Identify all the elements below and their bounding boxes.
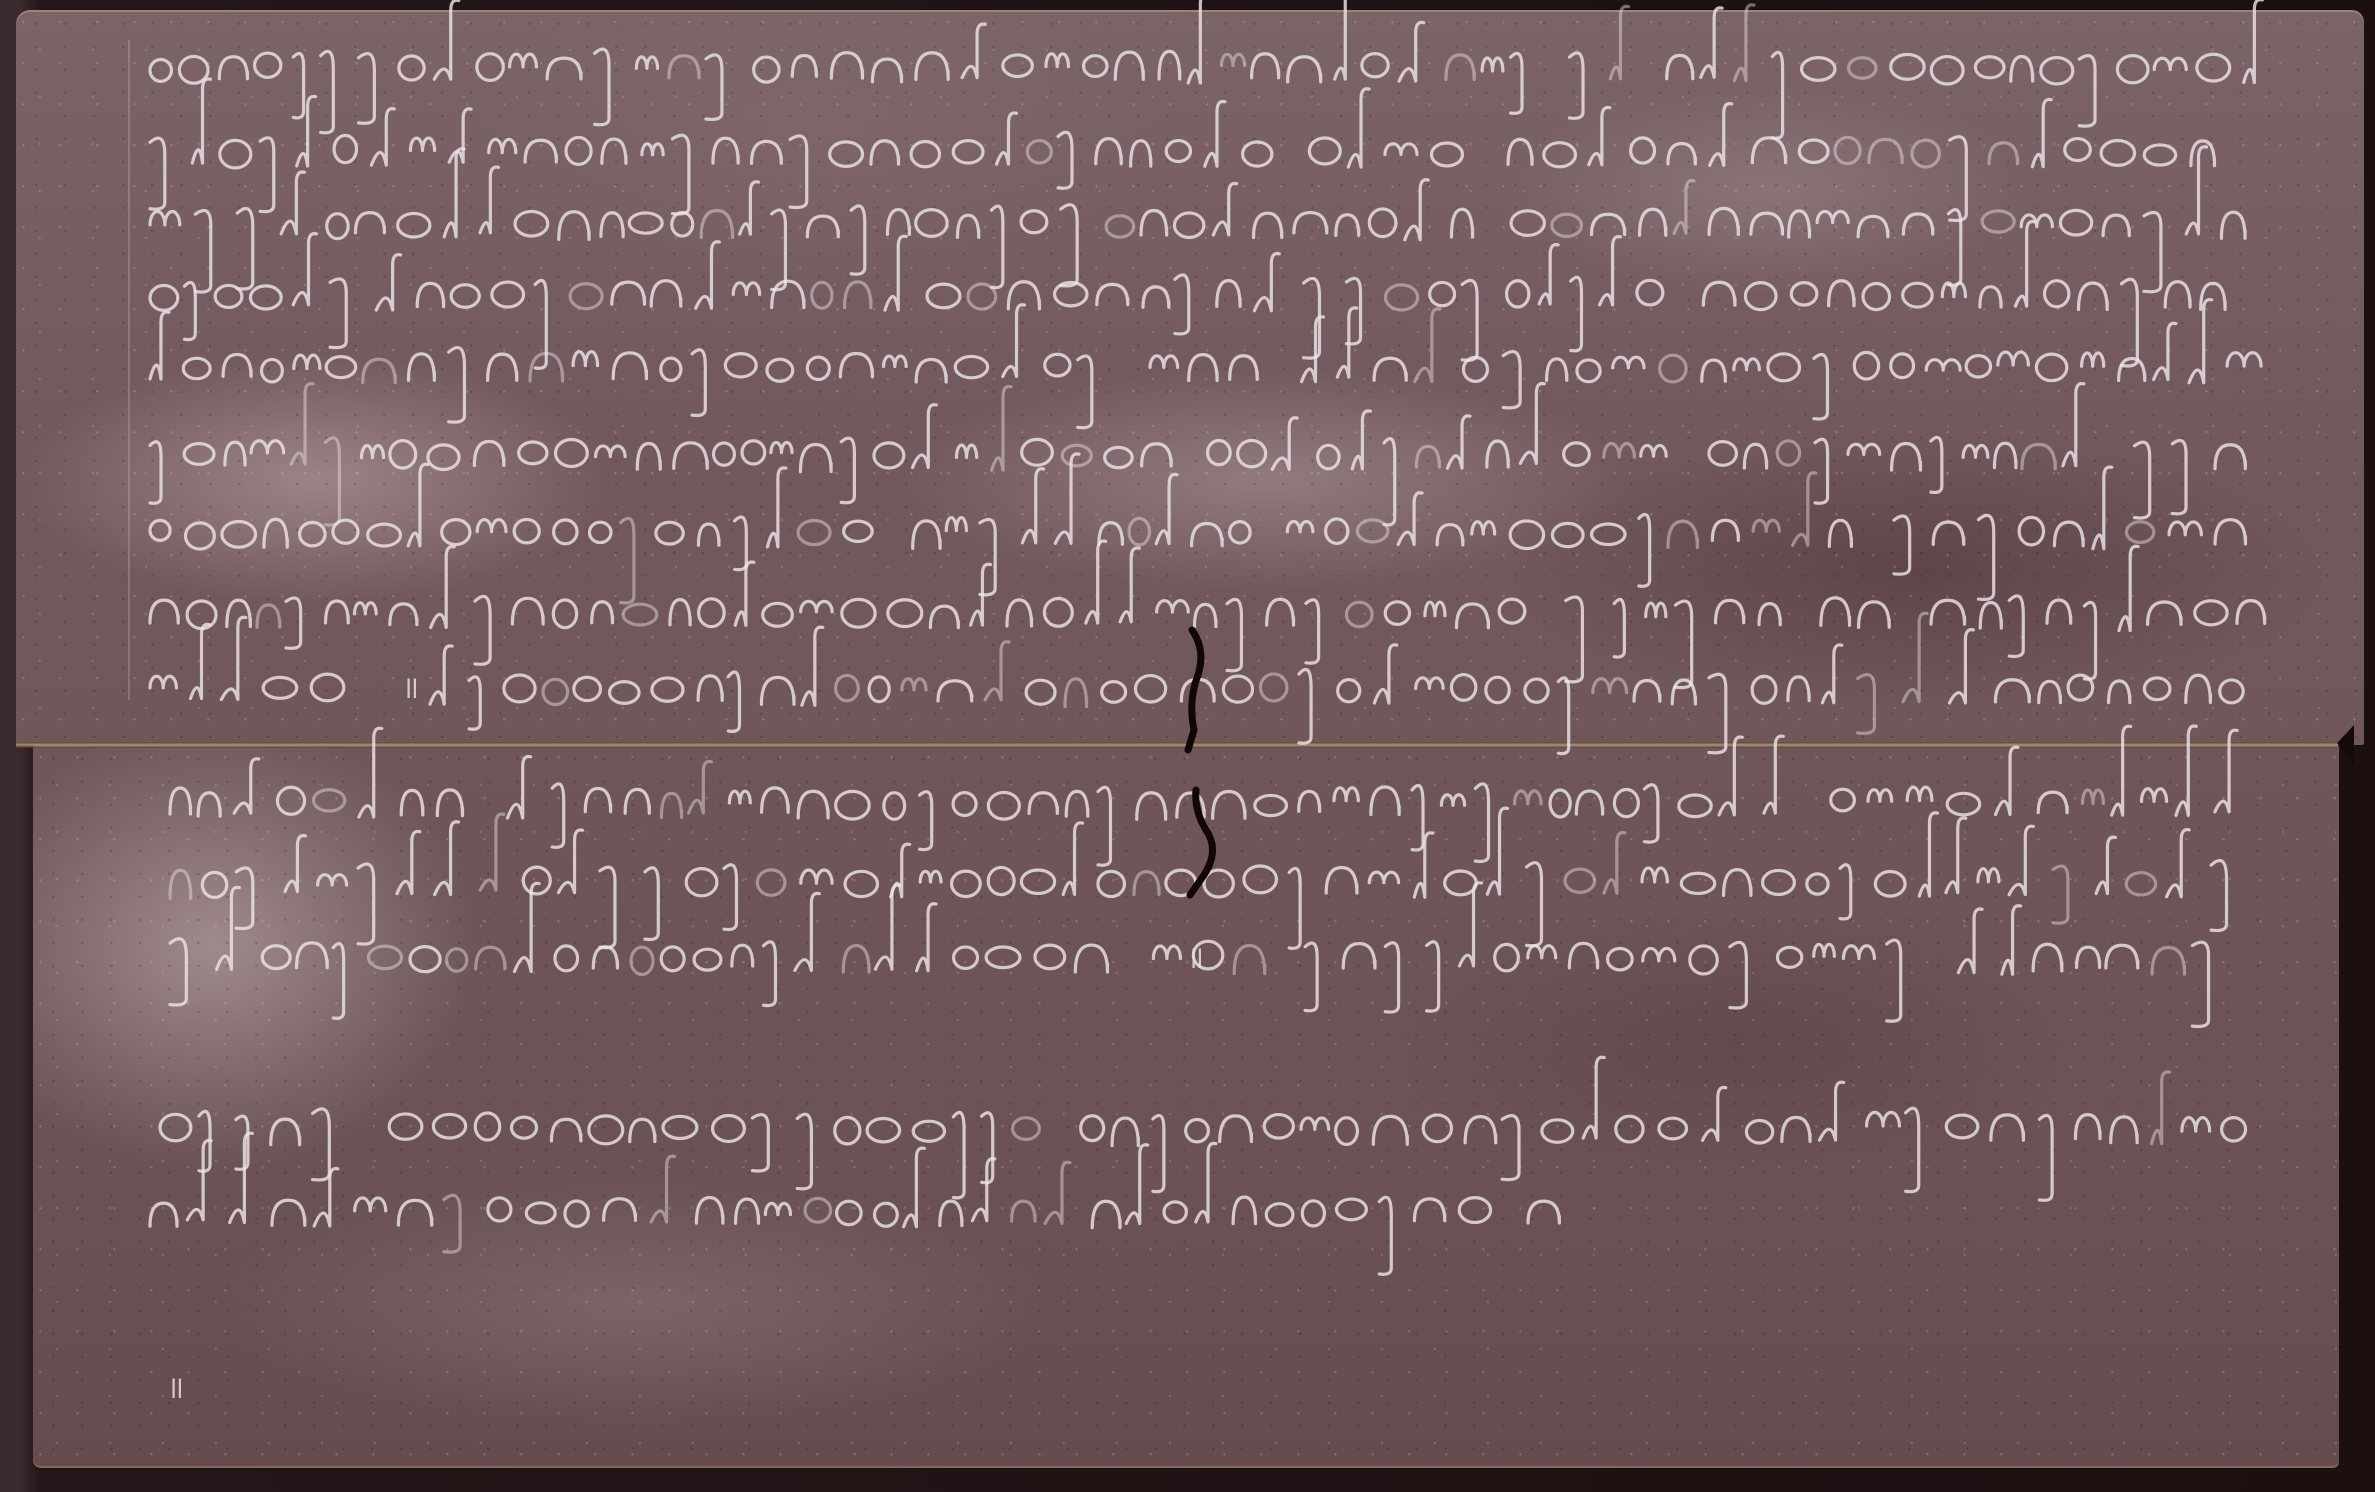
manuscript-lower-panel: [33, 745, 2339, 1468]
manuscript-upper-panel: [16, 10, 2364, 745]
fold-crease: [16, 742, 2338, 748]
surface-grain: [33, 745, 2339, 1468]
margin-rule-line: [128, 40, 130, 700]
section-mark-upper: ။: [405, 662, 418, 706]
surface-grain: [16, 10, 2364, 745]
section-mark-corner: ။: [170, 1362, 183, 1406]
section-mark-inline: ။: [1190, 932, 1203, 976]
